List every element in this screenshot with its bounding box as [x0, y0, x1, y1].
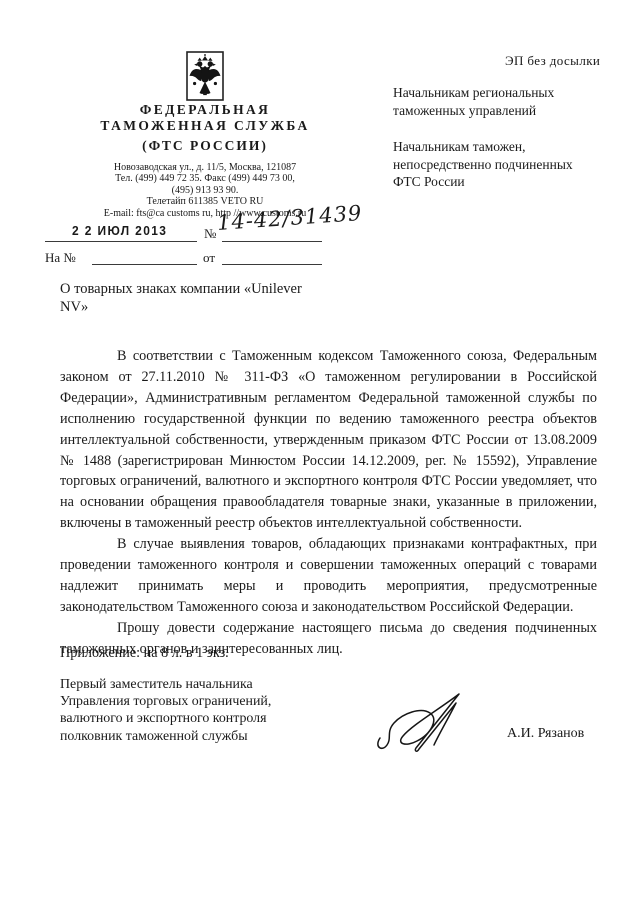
scanned-letter-page: ЭП без досылки — [0, 0, 640, 905]
date-stamp: 2 2 ИЮЛ 2013 — [72, 223, 167, 238]
addressee-line: ФТС России — [393, 173, 611, 191]
signer-position-line: полковник таможенной службы — [60, 728, 335, 745]
signer-position-line: Управления торговых ограничений, — [60, 693, 335, 710]
letter-body: В соответствии с Таможенным кодексом Там… — [60, 346, 597, 660]
addressee-line: непосредственно подчиненных — [393, 156, 611, 174]
addressee-regional-directorates: Начальникам региональных таможенных упра… — [393, 84, 611, 119]
signer-position-line: Первый заместитель начальника — [60, 676, 335, 693]
org-phone: Тел. (499) 449 72 35. Факс (499) 449 73 … — [55, 173, 355, 184]
letter-subject: О товарных знаках компании «Unilever NV» — [60, 281, 312, 316]
electronic-copy-marking: ЭП без досылки — [505, 53, 600, 69]
handwritten-signature — [370, 686, 482, 760]
addressee-customs-houses: Начальникам таможен, непосредственно под… — [393, 138, 611, 191]
org-abbreviation: (ФТС РОССИИ) — [55, 138, 355, 154]
letterhead: ФЕДЕРАЛЬНАЯ ТАМОЖЕННАЯ СЛУЖБА (ФТС РОССИ… — [55, 102, 355, 219]
reply-from-label: от — [203, 250, 215, 266]
addressee-line: Начальникам таможен, — [393, 138, 611, 156]
body-paragraph: В соответствии с Таможенным кодексом Там… — [60, 346, 597, 534]
russian-coat-of-arms-icon — [186, 51, 224, 101]
addressee-line: Начальникам региональных — [393, 84, 611, 102]
signer-name: А.И. Рязанов — [507, 726, 584, 742]
org-phone2: (495) 913 93 90. — [55, 185, 355, 196]
signer-position-line: валютного и экспортного контроля — [60, 710, 335, 727]
addressee-line: таможенных управлений — [393, 102, 611, 120]
number-sign-label: № — [204, 226, 216, 242]
number-underline — [222, 241, 322, 242]
reply-date-underline — [222, 264, 322, 265]
reply-to-number-label: На № — [45, 250, 76, 266]
addressee-list: Начальникам региональных таможенных упра… — [393, 84, 611, 191]
org-name-line2: ТАМОЖЕННАЯ СЛУЖБА — [55, 118, 355, 134]
reply-number-underline — [92, 264, 197, 265]
date-underline — [45, 241, 197, 242]
org-name-line1: ФЕДЕРАЛЬНАЯ — [55, 102, 355, 118]
attachment-note: Приложение: на 8 л. в 1 экз. — [60, 645, 229, 662]
signer-position-block: Первый заместитель начальника Управления… — [60, 676, 335, 745]
body-paragraph: В случае выявления товаров, обладающих п… — [60, 534, 597, 618]
org-address: Новозаводская ул., д. 11/5, Москва, 1210… — [55, 162, 355, 173]
